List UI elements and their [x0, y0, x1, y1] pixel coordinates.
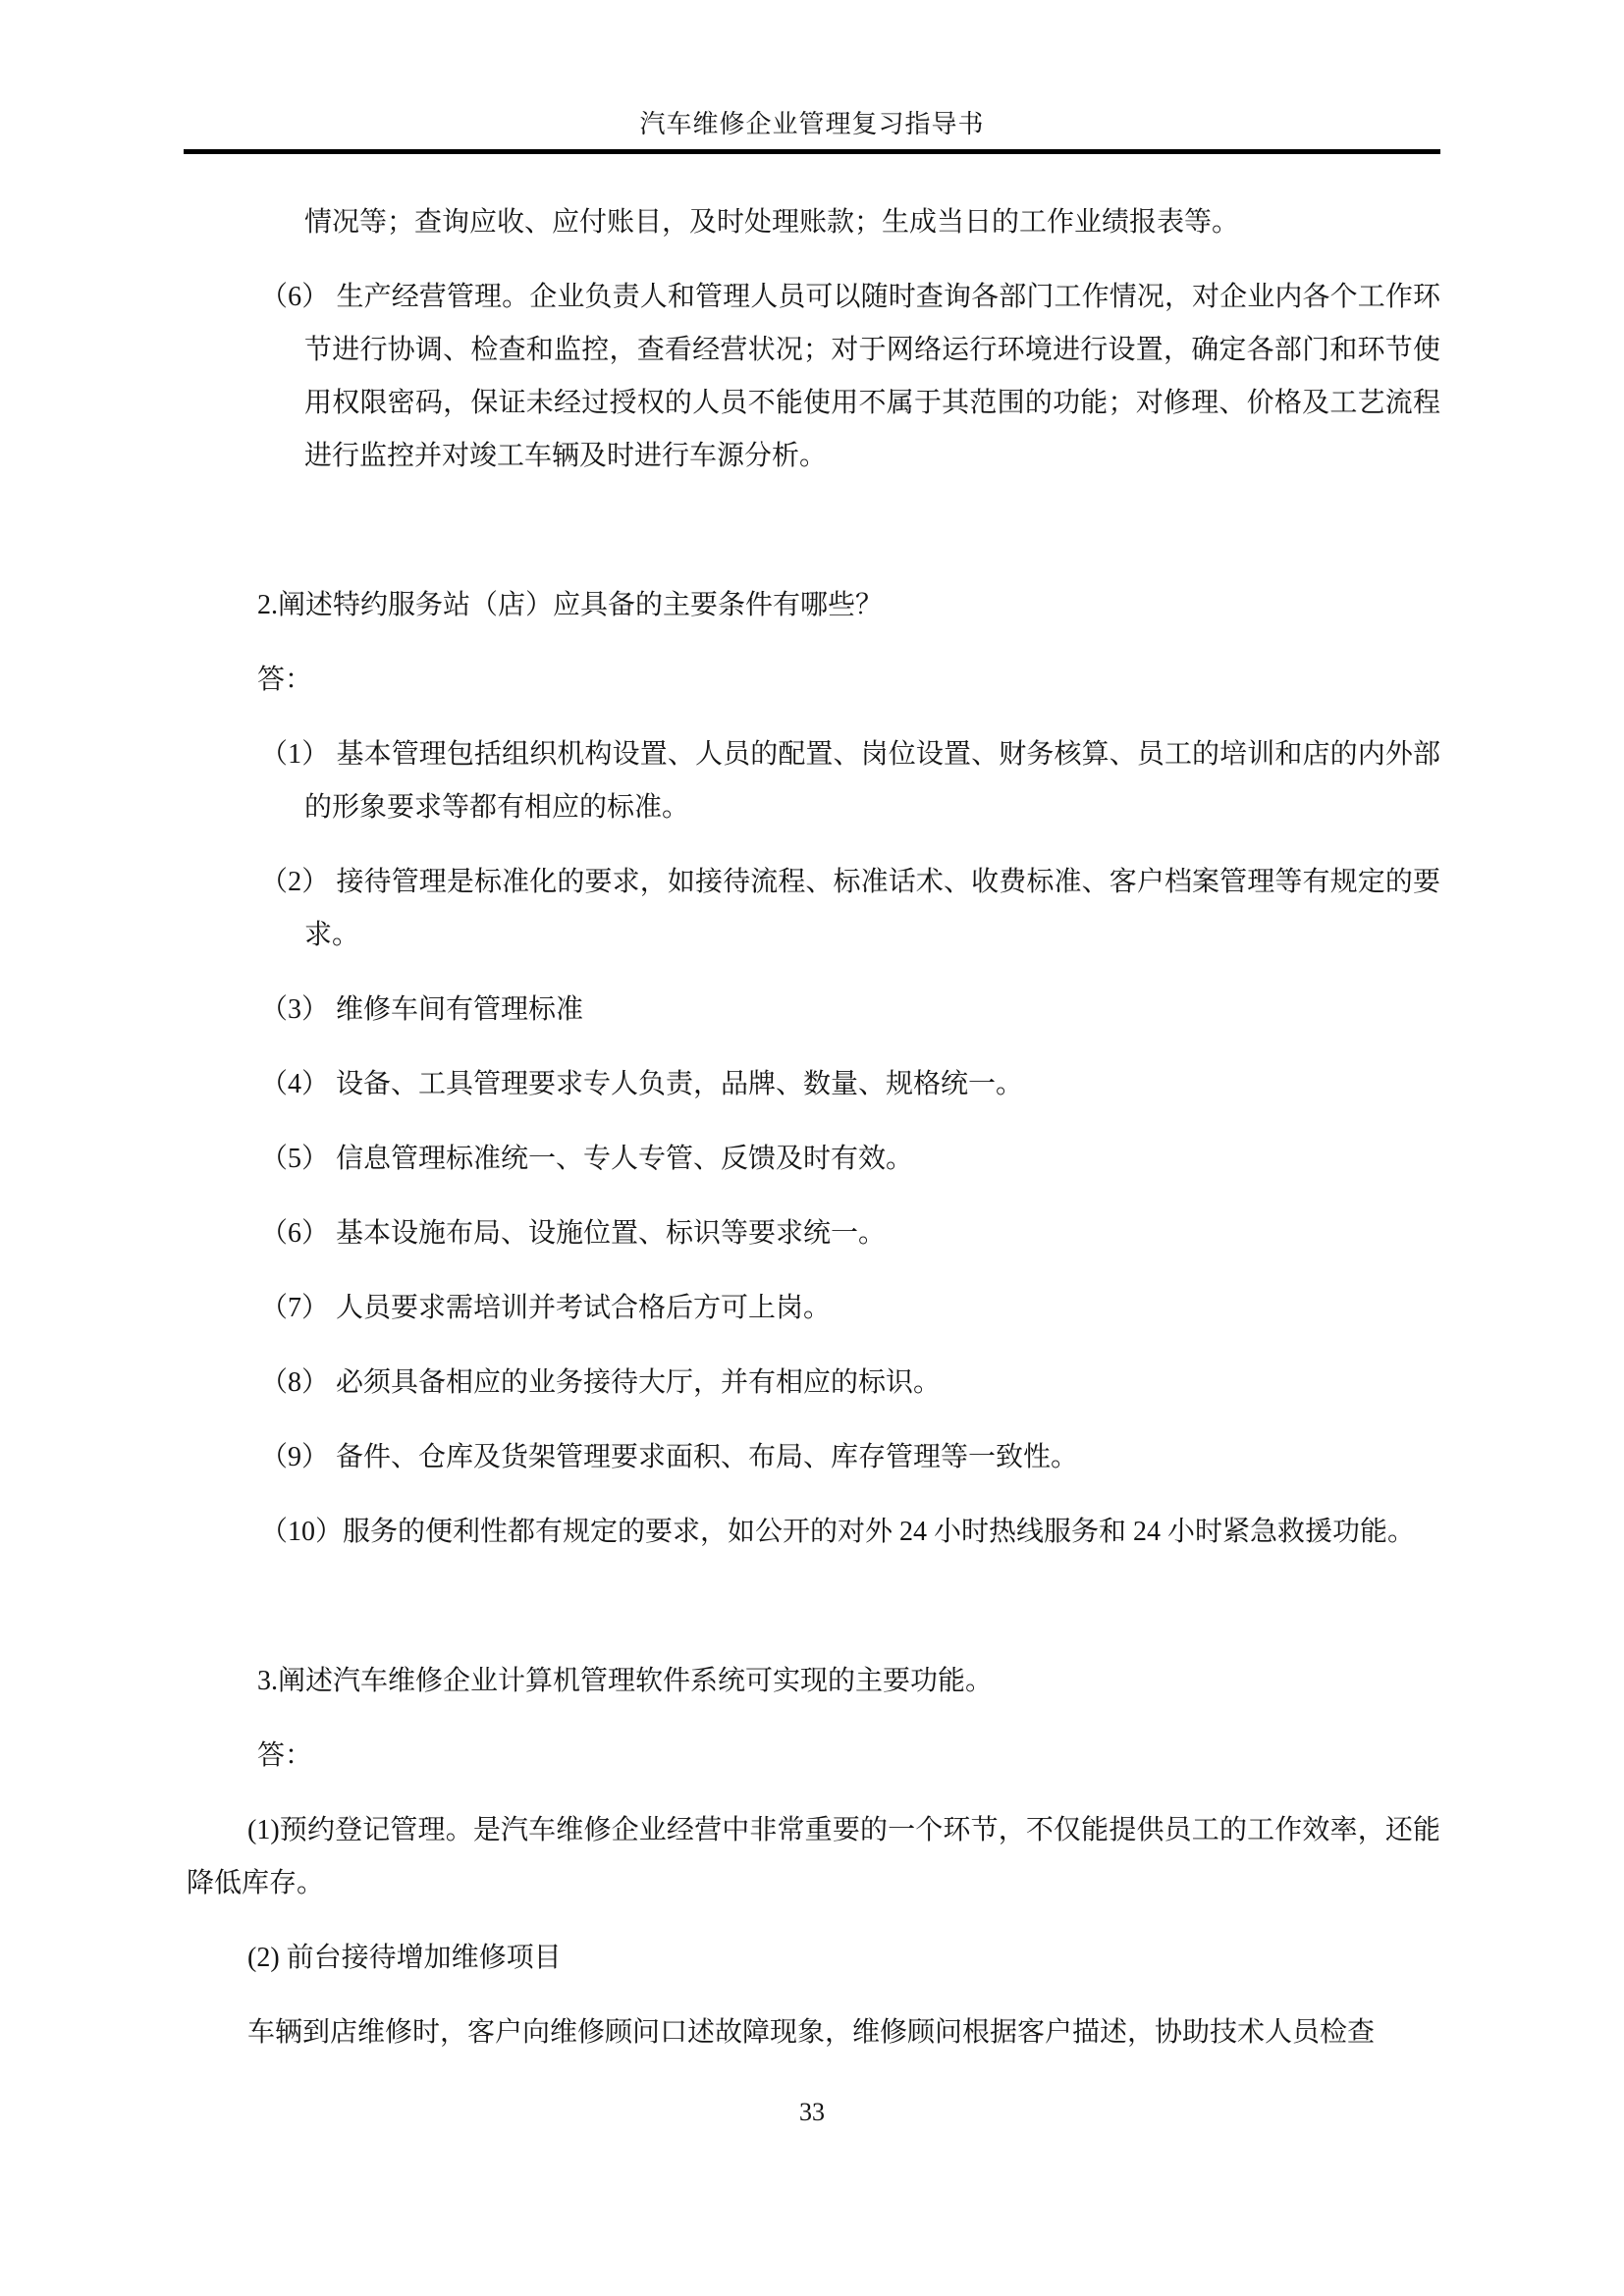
q2-item-7: （7） 人员要求需培训并考试合格后方可上岗。: [187, 1282, 1440, 1335]
paragraph-continuation-tail: 情况等；查询应收、应付账目，及时处理账款；生成当日的工作业绩报表等。: [187, 196, 1440, 249]
q2-item-8: （8） 必须具备相应的业务接待大厅，并有相应的标识。: [187, 1357, 1440, 1410]
page-number: 33: [0, 2093, 1624, 2132]
q2-item-4: （4） 设备、工具管理要求专人负责，品牌、数量、规格统一。: [187, 1058, 1440, 1111]
q2-item-5: （5） 信息管理标准统一、专人专管、反馈及时有效。: [187, 1133, 1440, 1186]
answer-2-label: 答：: [187, 654, 1440, 707]
q2-item-2: （2） 接待管理是标准化的要求，如接待流程、标准话术、收费标准、客户档案管理等有…: [187, 856, 1440, 962]
page-content: 情况等；查询应收、应付账目，及时处理账款；生成当日的工作业绩报表等。 （6） 生…: [187, 196, 1440, 2081]
answer-3-label: 答：: [187, 1730, 1440, 1783]
document-page: 汽车维修企业管理复习指导书 情况等；查询应收、应付账目，及时处理账款；生成当日的…: [0, 0, 1624, 2296]
q3-paragraph-3-vehicle-arrival: 车辆到店维修时，客户向维修顾问口述故障现象，维修顾问根据客户描述，协助技术人员检…: [187, 2006, 1440, 2059]
q2-item-1: （1） 基本管理包括组织机构设置、人员的配置、岗位设置、财务核算、员工的培训和店…: [187, 728, 1440, 834]
question-2-heading: 2.阐述特约服务站（店）应具备的主要条件有哪些？: [187, 579, 1440, 632]
q3-paragraph-1-reservation-management: (1)预约登记管理。是汽车维修企业经营中非常重要的一个环节，不仅能提供员工的工作…: [187, 1804, 1440, 1910]
q2-item-3: （3） 维修车间有管理标准: [187, 984, 1440, 1037]
question-3-heading: 3.阐述汽车维修企业计算机管理软件系统可实现的主要功能。: [187, 1655, 1440, 1708]
q2-item-6: （6） 基本设施布局、设施位置、标识等要求统一。: [187, 1207, 1440, 1260]
list-item-6-production-management: （6） 生产经营管理。企业负责人和管理人员可以随时查询各部门工作情况，对企业内各…: [187, 271, 1440, 483]
q2-item-10: （10）服务的便利性都有规定的要求，如公开的对外 24 小时热线服务和 24 小…: [187, 1506, 1440, 1559]
header-rule: [184, 149, 1440, 154]
q3-paragraph-2-front-desk: (2) 前台接待增加维修项目: [187, 1932, 1440, 1985]
q2-item-9: （9） 备件、仓库及货架管理要求面积、布局、库存管理等一致性。: [187, 1431, 1440, 1484]
page-header-title: 汽车维修企业管理复习指导书: [184, 108, 1440, 141]
